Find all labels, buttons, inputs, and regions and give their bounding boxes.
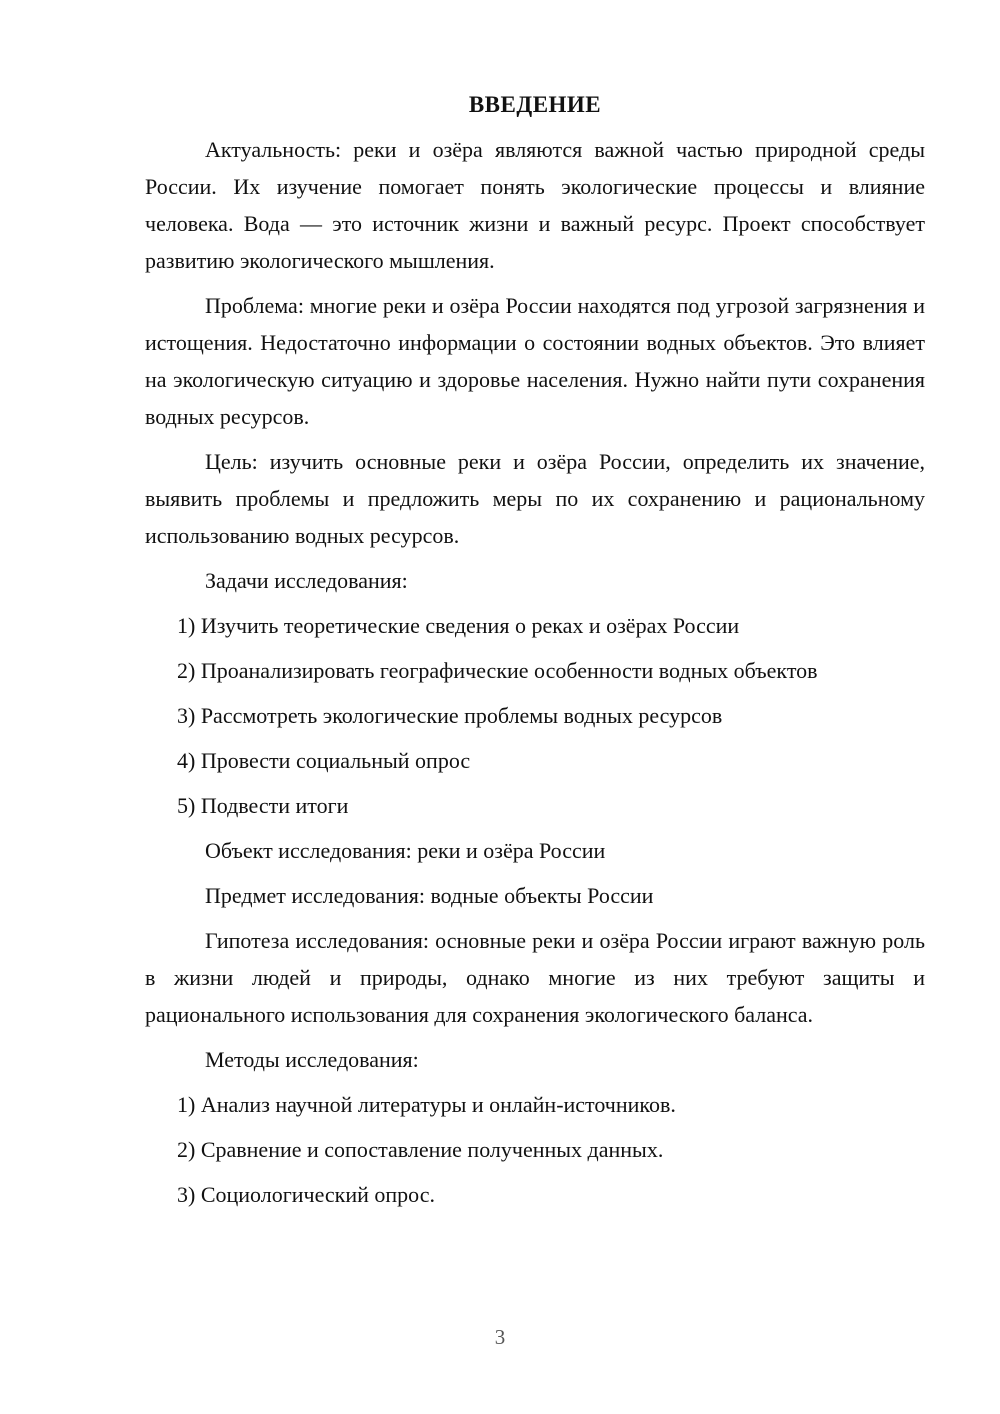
paragraph-problem: Проблема: многие реки и озёра России нах… [145, 287, 925, 435]
task-item-5: 5) Подвести итоги [145, 787, 925, 824]
tasks-heading: Задачи исследования: [145, 562, 925, 599]
paragraph-actuality: Актуальность: реки и озёра являются важн… [145, 131, 925, 279]
task-item-1: 1) Изучить теоретические сведения о река… [145, 607, 925, 644]
object-line: Объект исследования: реки и озёра России [145, 832, 925, 869]
document-body: ВВЕДЕНИЕ Актуальность: реки и озёра явля… [145, 86, 925, 1213]
task-item-3: 3) Рассмотреть экологические проблемы во… [145, 697, 925, 734]
paragraph-goal: Цель: изучить основные реки и озёра Росс… [145, 443, 925, 554]
paragraph-hypothesis: Гипотеза исследования: основные реки и о… [145, 922, 925, 1033]
method-item-2: 2) Сравнение и сопоставление полученных … [145, 1131, 925, 1168]
method-item-1: 1) Анализ научной литературы и онлайн-ис… [145, 1086, 925, 1123]
document-page: ВВЕДЕНИЕ Актуальность: реки и озёра явля… [0, 0, 1000, 1414]
method-item-3: 3) Социологический опрос. [145, 1176, 925, 1213]
page-title: ВВЕДЕНИЕ [145, 86, 925, 123]
subject-line: Предмет исследования: водные объекты Рос… [145, 877, 925, 914]
task-item-2: 2) Проанализировать географические особе… [145, 652, 925, 689]
page-number: 3 [0, 1322, 1000, 1352]
methods-heading: Методы исследования: [145, 1041, 925, 1078]
task-item-4: 4) Провести социальный опрос [145, 742, 925, 779]
